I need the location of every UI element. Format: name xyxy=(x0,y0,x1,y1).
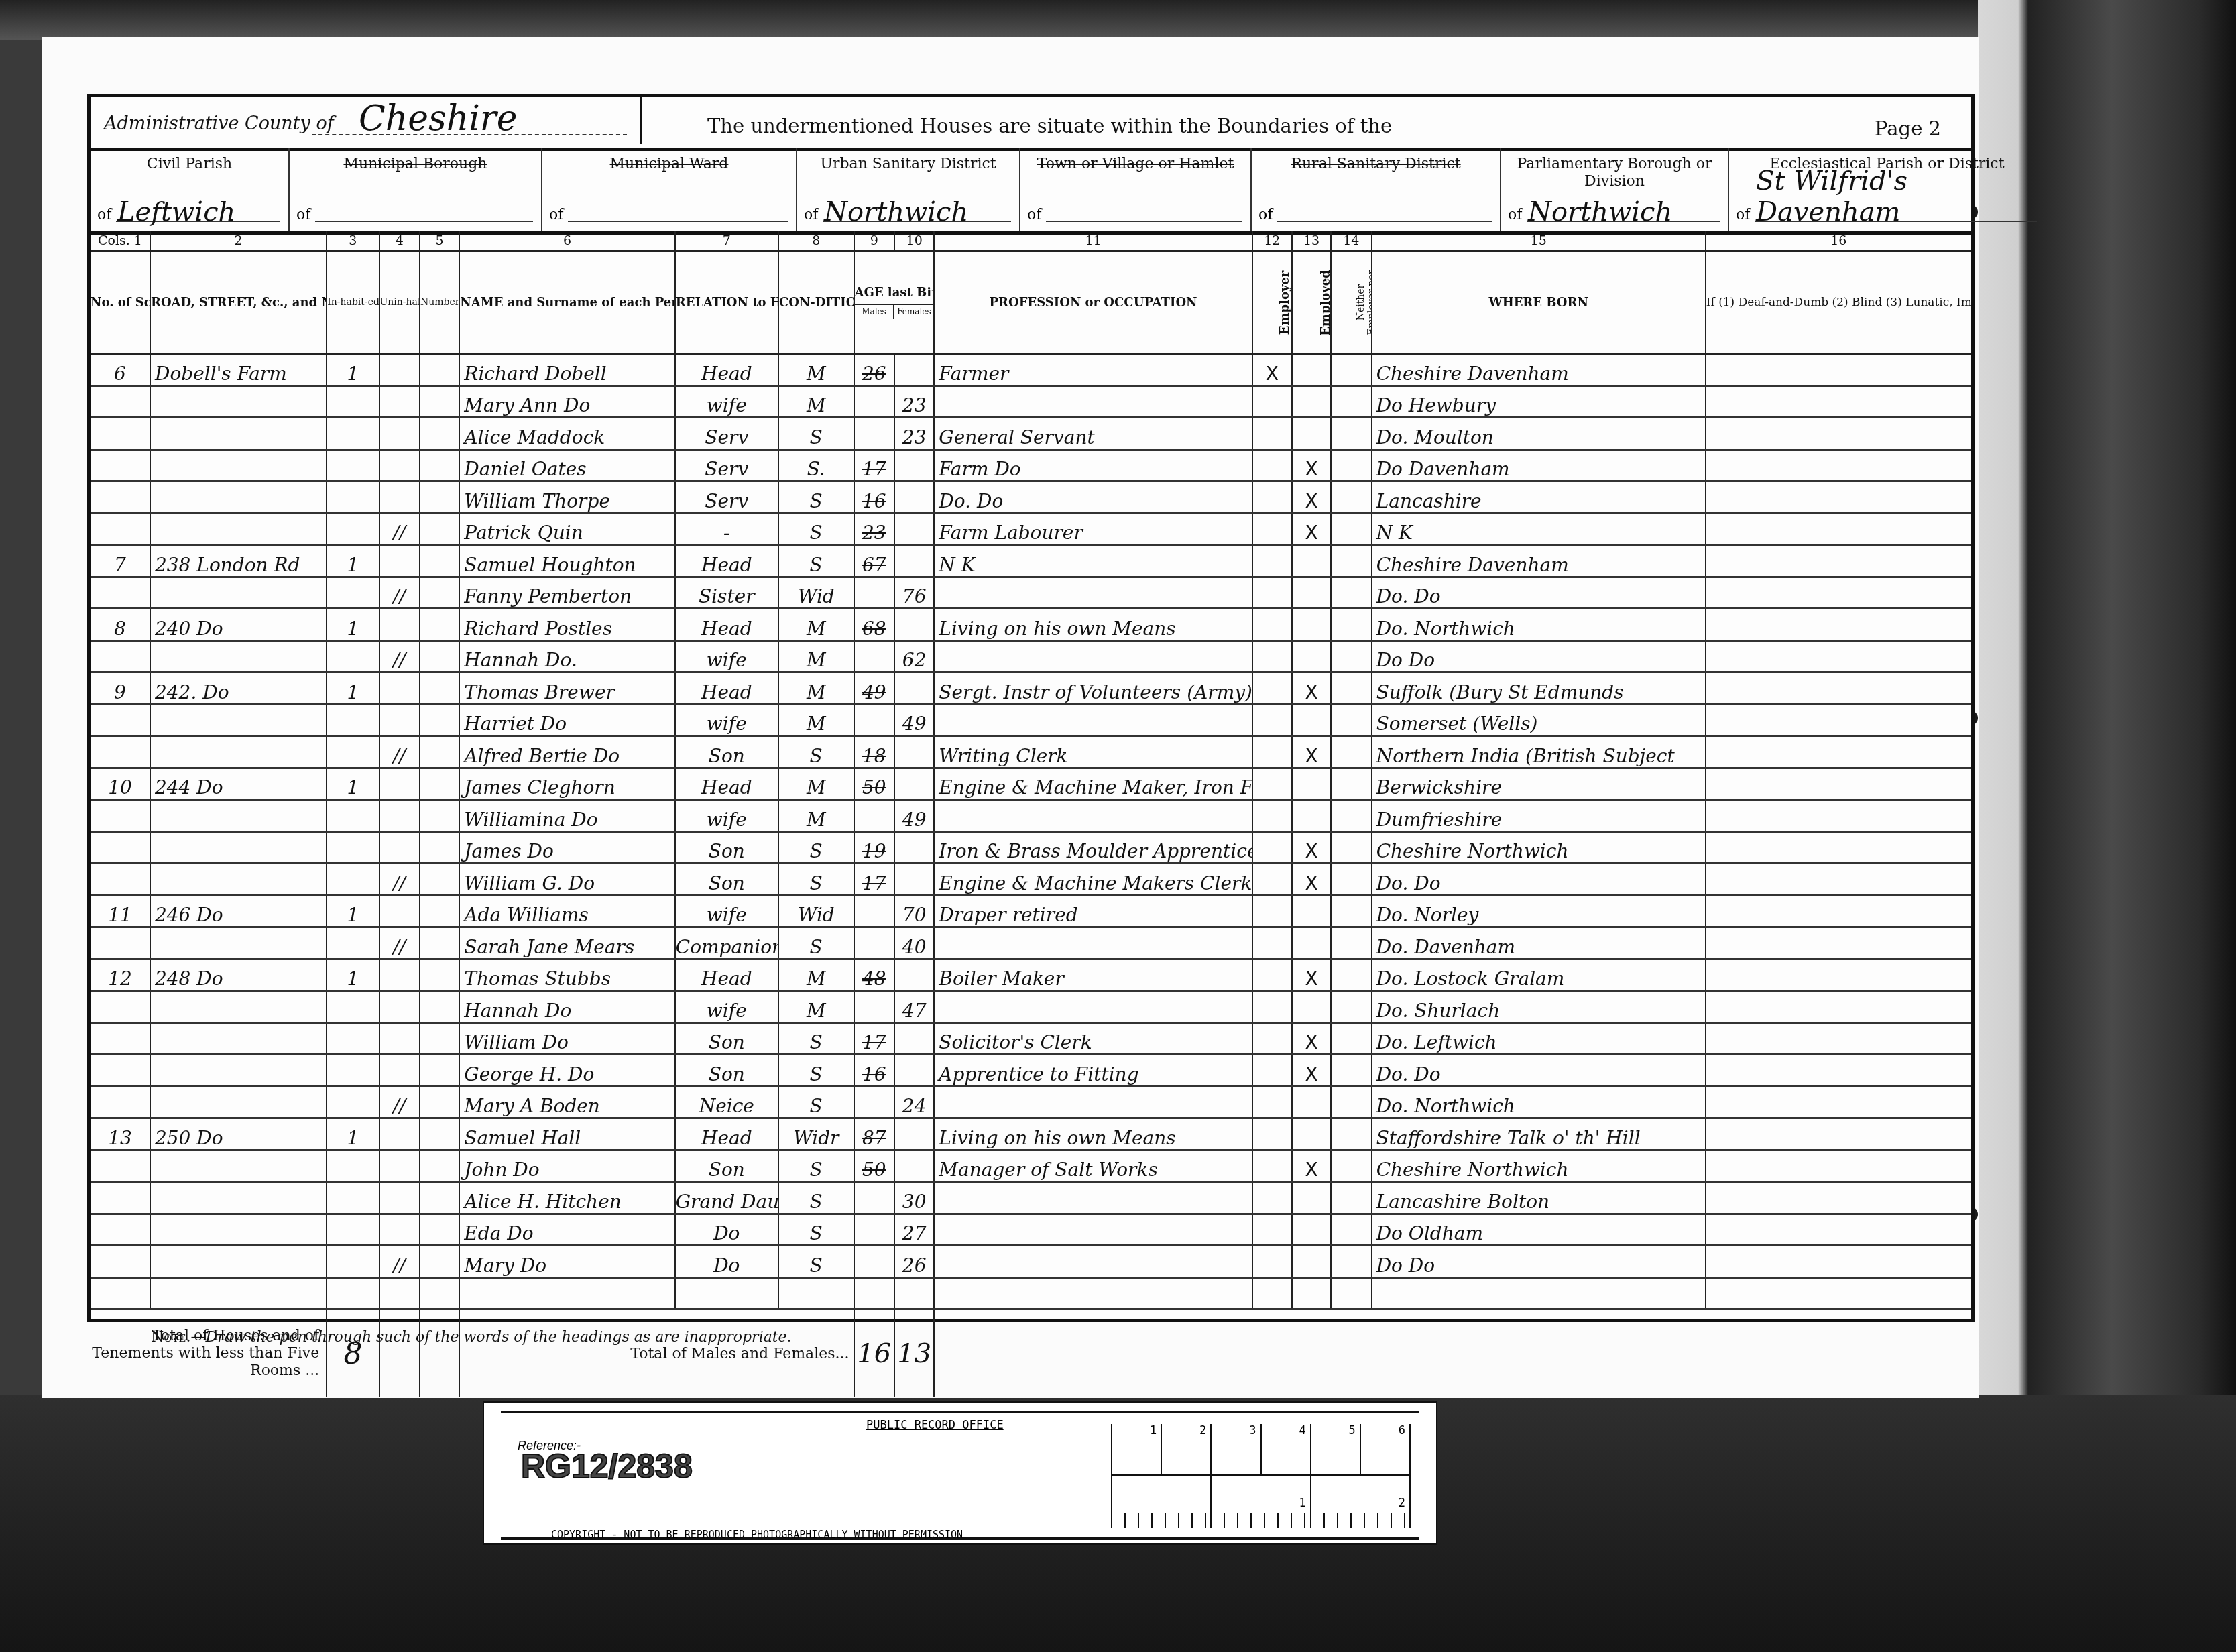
cell-where-born: Dumfrieshire xyxy=(1372,800,1706,832)
cell-inhabited: 1 xyxy=(327,1118,379,1150)
cell-blank xyxy=(420,640,459,672)
column-number: 11 xyxy=(934,231,1252,251)
cell-where-born: Do. Northwich xyxy=(1372,609,1706,641)
cell-occupation xyxy=(934,800,1252,832)
boundary-underline xyxy=(568,221,788,222)
cell-where-born: Do. Leftwich xyxy=(1372,1022,1706,1055)
census-form: Administrative County of Cheshire The un… xyxy=(87,94,1975,1322)
cell-uninhabited xyxy=(379,704,420,736)
cell-male-age xyxy=(854,640,894,672)
cell-where-born: N K xyxy=(1372,513,1706,545)
cell-female-age: 47 xyxy=(894,991,934,1023)
cell-schedule xyxy=(91,831,150,864)
cell-employer xyxy=(1252,800,1292,832)
table-row: //Sarah Jane MearsCompanionS40Do. Davenh… xyxy=(91,927,1971,959)
cell-employed xyxy=(1292,545,1331,577)
cell-blank xyxy=(420,736,459,768)
cell-blank xyxy=(1706,481,1971,514)
cell-uninhabited xyxy=(379,1277,420,1309)
boundary-civil-parish: Civil ParishofLeftwich xyxy=(91,147,290,231)
cell-female-age: 40 xyxy=(894,927,934,959)
cell-uninhabited: // xyxy=(379,513,420,545)
cell-female-age xyxy=(894,354,934,386)
cell-employed xyxy=(1292,1086,1331,1118)
cell-name: Daniel Oates xyxy=(459,449,674,481)
cell-occupation: Iron & Brass Moulder Apprentice xyxy=(934,831,1252,864)
cell-uninhabited xyxy=(379,991,420,1023)
cell-male-age: 23 xyxy=(854,513,894,545)
cell-uninhabited xyxy=(379,831,420,864)
cell-blank xyxy=(420,1246,459,1278)
heading-employed-label: Employed xyxy=(1319,270,1331,336)
cell-name: Samuel Houghton xyxy=(459,545,674,577)
cell-where-born: Do. Do xyxy=(1372,577,1706,609)
cell-inhabited: 1 xyxy=(327,959,379,991)
cell-blank xyxy=(1706,736,1971,768)
cell-inhabited xyxy=(327,1086,379,1118)
table-row: 12248 Do1Thomas StubbsHeadM48Boiler Make… xyxy=(91,959,1971,991)
cell-female-age: 49 xyxy=(894,704,934,736)
cell-female-age xyxy=(894,672,934,705)
heading-employer-label: Employer xyxy=(1278,270,1292,335)
cell-schedule xyxy=(91,418,150,450)
copyright-notice: COPYRIGHT - NOT TO BE REPRODUCED PHOTOGR… xyxy=(551,1529,963,1541)
cell-blank xyxy=(1706,1022,1971,1055)
cell-employed xyxy=(1292,927,1331,959)
table-row: //Mary DoDoS26Do Do xyxy=(91,1246,1971,1278)
cell-occupation xyxy=(934,640,1252,672)
heading-relation: RELATION to Head of Family xyxy=(675,251,778,354)
cell-male-age xyxy=(854,800,894,832)
cell-female-age xyxy=(894,1022,934,1055)
cell-inhabited xyxy=(327,704,379,736)
cell-male-age xyxy=(854,418,894,450)
cell-occupation: Apprentice to Fitting xyxy=(934,1055,1252,1087)
cell-male-age: 48 xyxy=(854,959,894,991)
cell-condition: Wid xyxy=(778,895,854,927)
cell-inhabited xyxy=(327,418,379,450)
cell-uninhabited xyxy=(379,895,420,927)
boundary-municipal-ward: Municipal Wardof xyxy=(542,147,797,231)
cell-schedule: 12 xyxy=(91,959,150,991)
cell-where-born: Do. Northwich xyxy=(1372,1086,1706,1118)
cell-male-age: 50 xyxy=(854,1150,894,1182)
ruler-mark: 4 xyxy=(1262,1424,1311,1474)
cell-schedule xyxy=(91,1055,150,1087)
boundary-label: Urban Sanitary District xyxy=(797,156,1019,173)
cell-blank xyxy=(420,1277,459,1309)
cell-occupation xyxy=(934,1246,1252,1278)
cell-blank xyxy=(420,927,459,959)
cell-employed xyxy=(1292,895,1331,927)
cell-employed: X xyxy=(1292,449,1331,481)
cell-employed: X xyxy=(1292,864,1331,896)
cell-condition: S xyxy=(778,927,854,959)
cell-name: Williamina Do xyxy=(459,800,674,832)
cell-employed xyxy=(1292,800,1331,832)
cell-address xyxy=(150,1086,327,1118)
cell-where-born: Do Do xyxy=(1372,640,1706,672)
column-heading-row: No. of Schedule ROAD, STREET, &c., and N… xyxy=(91,251,1971,354)
cell-employer xyxy=(1252,513,1292,545)
cell-blank xyxy=(1706,704,1971,736)
cell-address xyxy=(150,1182,327,1214)
cell-blank xyxy=(420,386,459,418)
cell-condition: M xyxy=(778,768,854,800)
cell-neither xyxy=(1331,1118,1371,1150)
cell-address: 244 Do xyxy=(150,768,327,800)
cell-blank xyxy=(420,1055,459,1087)
cell-relation: Serv xyxy=(675,481,778,514)
cell-neither xyxy=(1331,1086,1371,1118)
cell-uninhabited xyxy=(379,959,420,991)
form-title-row: Administrative County of Cheshire The un… xyxy=(91,97,1971,151)
cell-name: William Thorpe xyxy=(459,481,674,514)
heading-employed: Employed xyxy=(1292,251,1331,354)
boundary-value: St Wilfrid's Davenham xyxy=(1756,166,2045,227)
cell-male-age xyxy=(854,1086,894,1118)
cell-blank xyxy=(1706,354,1971,386)
of-label: of xyxy=(1736,206,1750,223)
cell-male-age: 49 xyxy=(854,672,894,705)
cell-blank xyxy=(1706,864,1971,896)
cell-uninhabited xyxy=(379,481,420,514)
table-row: Hannah DowifeM47Do. Shurlach xyxy=(91,991,1971,1023)
cell-uninhabited: // xyxy=(379,927,420,959)
cell-neither xyxy=(1331,577,1371,609)
cell-occupation: Living on his own Means xyxy=(934,1118,1252,1150)
cell-male-age xyxy=(854,386,894,418)
cell-condition: Wid xyxy=(778,577,854,609)
cell-address xyxy=(150,386,327,418)
cell-occupation: Draper retired xyxy=(934,895,1252,927)
cell-male-age: 17 xyxy=(854,864,894,896)
boundary-ecclesiastical-parish-or-district: Ecclesiastical Parish or DistrictofSt Wi… xyxy=(1729,147,2045,231)
cell-male-age: 18 xyxy=(854,736,894,768)
cell-schedule xyxy=(91,736,150,768)
cell-employer xyxy=(1252,1182,1292,1214)
cell-employer xyxy=(1252,1022,1292,1055)
cell-occupation xyxy=(934,704,1252,736)
cell-condition: S xyxy=(778,831,854,864)
cell-blank xyxy=(420,800,459,832)
table-row: //Patrick Quin-S23Farm LabourerXN K xyxy=(91,513,1971,545)
cell-female-age xyxy=(894,545,934,577)
cell-relation xyxy=(675,1277,778,1309)
cell-where-born: Do. Do xyxy=(1372,1055,1706,1087)
column-number: 2 xyxy=(150,231,327,251)
cell-uninhabited xyxy=(379,672,420,705)
cell-name xyxy=(459,1277,674,1309)
cell-inhabited xyxy=(327,640,379,672)
boundary-value: Northwich xyxy=(1528,196,1672,227)
cell-name: Thomas Brewer xyxy=(459,672,674,705)
cell-condition: M xyxy=(778,991,854,1023)
cell-inhabited xyxy=(327,481,379,514)
cell-relation: Son xyxy=(675,1150,778,1182)
cell-blank xyxy=(1706,991,1971,1023)
cell-address xyxy=(150,800,327,832)
cell-condition: S xyxy=(778,1214,854,1246)
cell-address: 248 Do xyxy=(150,959,327,991)
cell-relation: - xyxy=(675,513,778,545)
cell-employed: X xyxy=(1292,481,1331,514)
cell-occupation: Boiler Maker xyxy=(934,959,1252,991)
cell-relation: Head xyxy=(675,959,778,991)
ruler-mark: 1 xyxy=(1212,1476,1311,1528)
cell-neither xyxy=(1331,640,1371,672)
cell-male-age: 16 xyxy=(854,1055,894,1087)
cell-female-age xyxy=(894,736,934,768)
cell-blank xyxy=(420,1214,459,1246)
cell-blank xyxy=(1706,386,1971,418)
cell-neither xyxy=(1331,768,1371,800)
cell-employer xyxy=(1252,1277,1292,1309)
cell-blank xyxy=(420,609,459,641)
cell-employed: X xyxy=(1292,736,1331,768)
cell-where-born: Do. Lostock Gralam xyxy=(1372,959,1706,991)
cell-schedule xyxy=(91,927,150,959)
cell-relation: Son xyxy=(675,864,778,896)
cell-address: 250 Do xyxy=(150,1118,327,1150)
cell-relation: Son xyxy=(675,831,778,864)
of-label: of xyxy=(296,206,310,223)
cell-blank xyxy=(420,481,459,514)
cell-occupation: Manager of Salt Works xyxy=(934,1150,1252,1182)
of-label: of xyxy=(1508,206,1522,223)
cell-male-age: 67 xyxy=(854,545,894,577)
cell-blank xyxy=(420,864,459,896)
cell-male-age xyxy=(854,1214,894,1246)
cell-inhabited xyxy=(327,449,379,481)
cell-where-born: Northern India (British Subject xyxy=(1372,736,1706,768)
cell-male-age: 50 xyxy=(854,768,894,800)
table-row: 6Dobell's Farm1Richard DobellHeadM26Farm… xyxy=(91,354,1971,386)
cell-name: Harriet Do xyxy=(459,704,674,736)
cell-relation: wife xyxy=(675,800,778,832)
cell-relation: wife xyxy=(675,991,778,1023)
cell-employer xyxy=(1252,1246,1292,1278)
boundary-label: Parliamentary Borough or Division xyxy=(1501,156,1728,190)
cell-address xyxy=(150,831,327,864)
cell-condition: S xyxy=(778,418,854,450)
cell-condition: M xyxy=(778,800,854,832)
cell-employer xyxy=(1252,736,1292,768)
of-label: of xyxy=(97,206,111,223)
cell-name: Hannah Do xyxy=(459,991,674,1023)
cell-employed xyxy=(1292,1214,1331,1246)
cell-schedule xyxy=(91,449,150,481)
cell-name: Alice Maddock xyxy=(459,418,674,450)
cell-male-age: 68 xyxy=(854,609,894,641)
cell-uninhabited xyxy=(379,768,420,800)
cell-occupation: Sergt. Instr of Volunteers (Army) xyxy=(934,672,1252,705)
cell-uninhabited xyxy=(379,1118,420,1150)
cell-employed: X xyxy=(1292,1150,1331,1182)
scale-ruler: 123456 12 xyxy=(1111,1424,1411,1528)
cell-employer xyxy=(1252,386,1292,418)
cell-inhabited xyxy=(327,1022,379,1055)
cell-where-born: Do. Do xyxy=(1372,864,1706,896)
cell-male-age: 17 xyxy=(854,1022,894,1055)
table-row: William ThorpeServS16Do. DoXLancashire xyxy=(91,481,1971,514)
cell-inhabited: 1 xyxy=(327,545,379,577)
boundary-underline xyxy=(1277,221,1492,222)
cell-where-born: Lancashire xyxy=(1372,481,1706,514)
cell-address xyxy=(150,1277,327,1309)
cell-blank xyxy=(420,672,459,705)
cell-female-age: 26 xyxy=(894,1246,934,1278)
page-number: Page 2 xyxy=(1875,117,1941,140)
cell-neither xyxy=(1331,418,1371,450)
cell-employer xyxy=(1252,577,1292,609)
cell-inhabited xyxy=(327,800,379,832)
cell-male-age: 19 xyxy=(854,831,894,864)
total-blank xyxy=(379,1309,420,1398)
cell-inhabited: 1 xyxy=(327,609,379,641)
cell-inhabited xyxy=(327,736,379,768)
heading-males: Males xyxy=(855,305,894,319)
cell-male-age xyxy=(854,704,894,736)
cell-employer xyxy=(1252,927,1292,959)
cell-relation: Son xyxy=(675,736,778,768)
heading-age: AGE last Birthday of Males Females xyxy=(854,251,935,354)
cell-condition: S xyxy=(778,513,854,545)
cell-condition: Widr xyxy=(778,1118,854,1150)
heading-rooms: Number of rooms occupied if less than fi… xyxy=(420,251,459,354)
cell-name: Samuel Hall xyxy=(459,1118,674,1150)
cell-blank xyxy=(420,418,459,450)
cell-inhabited xyxy=(327,1277,379,1309)
cell-inhabited xyxy=(327,513,379,545)
cell-employed: X xyxy=(1292,1022,1331,1055)
column-number: 15 xyxy=(1372,231,1706,251)
cell-inhabited xyxy=(327,386,379,418)
cell-blank xyxy=(1706,1118,1971,1150)
cell-name: Eda Do xyxy=(459,1214,674,1246)
cell-schedule xyxy=(91,1246,150,1278)
cell-blank xyxy=(1706,895,1971,927)
ruler-inch: 12 xyxy=(1112,1476,1411,1528)
cell-male-age xyxy=(854,927,894,959)
reference-code: RG12/2838 xyxy=(521,1447,693,1486)
cell-schedule xyxy=(91,704,150,736)
cell-where-born: Do. Moulton xyxy=(1372,418,1706,450)
cell-address: 238 London Rd xyxy=(150,545,327,577)
cell-occupation xyxy=(934,991,1252,1023)
cell-neither xyxy=(1331,959,1371,991)
cell-uninhabited: // xyxy=(379,1246,420,1278)
cell-uninhabited xyxy=(379,545,420,577)
cell-schedule: 8 xyxy=(91,609,150,641)
boundary-label: Municipal Ward xyxy=(542,156,796,173)
cell-employer xyxy=(1252,831,1292,864)
cell-blank xyxy=(1706,1214,1971,1246)
cell-male-age xyxy=(854,991,894,1023)
cell-schedule: 7 xyxy=(91,545,150,577)
cell-address xyxy=(150,449,327,481)
cell-neither xyxy=(1331,736,1371,768)
cell-name: Alfred Bertie Do xyxy=(459,736,674,768)
cell-relation: Grand Daur xyxy=(675,1182,778,1214)
cell-where-born: Staffordshire Talk o' th' Hill xyxy=(1372,1118,1706,1150)
cell-where-born: Do Davenham xyxy=(1372,449,1706,481)
cell-name: Sarah Jane Mears xyxy=(459,927,674,959)
cell-condition: S xyxy=(778,1086,854,1118)
cell-relation: Do xyxy=(675,1246,778,1278)
table-row: James DoSonS19Iron & Brass Moulder Appre… xyxy=(91,831,1971,864)
cell-condition: S xyxy=(778,481,854,514)
cell-female-age: 30 xyxy=(894,1182,934,1214)
cell-employed xyxy=(1292,1277,1331,1309)
cell-occupation xyxy=(934,1214,1252,1246)
cell-occupation xyxy=(934,1182,1252,1214)
cell-female-age xyxy=(894,481,934,514)
cell-neither xyxy=(1331,1246,1371,1278)
column-number: 10 xyxy=(894,231,934,251)
cell-male-age: 17 xyxy=(854,449,894,481)
cell-relation: wife xyxy=(675,386,778,418)
cell-schedule: 6 xyxy=(91,354,150,386)
cell-address xyxy=(150,1214,327,1246)
heading-occupation: PROFESSION or OCCUPATION xyxy=(934,251,1252,354)
cell-schedule xyxy=(91,1150,150,1182)
table-row xyxy=(91,1277,1971,1309)
cell-uninhabited xyxy=(379,449,420,481)
cell-relation: Serv xyxy=(675,449,778,481)
column-number: 6 xyxy=(459,231,674,251)
cell-schedule xyxy=(91,577,150,609)
census-table: Cols. 12345678910111213141516 No. of Sch… xyxy=(91,231,1971,1397)
cell-relation: Neice xyxy=(675,1086,778,1118)
cell-neither xyxy=(1331,704,1371,736)
cell-condition: S xyxy=(778,1055,854,1087)
heading-females: Females xyxy=(893,305,933,319)
persons-total-label: Total of Males and Females... xyxy=(459,1309,854,1398)
cell-female-age xyxy=(894,959,934,991)
table-row: William DoSonS17Solicitor's ClerkXDo. Le… xyxy=(91,1022,1971,1055)
cell-inhabited: 1 xyxy=(327,672,379,705)
cell-uninhabited: // xyxy=(379,1086,420,1118)
cell-employed xyxy=(1292,768,1331,800)
cell-schedule xyxy=(91,1182,150,1214)
cell-blank xyxy=(420,831,459,864)
males-total: 16 xyxy=(854,1309,894,1398)
cell-address: 242. Do xyxy=(150,672,327,705)
cell-where-born: Lancashire Bolton xyxy=(1372,1182,1706,1214)
cell-uninhabited: // xyxy=(379,577,420,609)
cell-uninhabited: // xyxy=(379,640,420,672)
cell-inhabited xyxy=(327,1214,379,1246)
cell-address xyxy=(150,1022,327,1055)
cell-uninhabited xyxy=(379,418,420,450)
cell-blank xyxy=(420,1118,459,1150)
cell-uninhabited xyxy=(379,1055,420,1087)
cell-occupation xyxy=(934,927,1252,959)
cell-occupation: Do. Do xyxy=(934,481,1252,514)
cell-relation: Head xyxy=(675,609,778,641)
cell-where-born: Do Do xyxy=(1372,1246,1706,1278)
cell-blank xyxy=(1706,768,1971,800)
cell-neither xyxy=(1331,481,1371,514)
cell-blank xyxy=(1706,959,1971,991)
of-label: of xyxy=(549,206,563,223)
cell-address xyxy=(150,1246,327,1278)
of-label: of xyxy=(1027,206,1041,223)
cell-blank xyxy=(1706,640,1971,672)
table-row: //Fanny PembertonSisterWid76Do. Do xyxy=(91,577,1971,609)
boundary-label: Municipal Borough xyxy=(290,156,541,173)
